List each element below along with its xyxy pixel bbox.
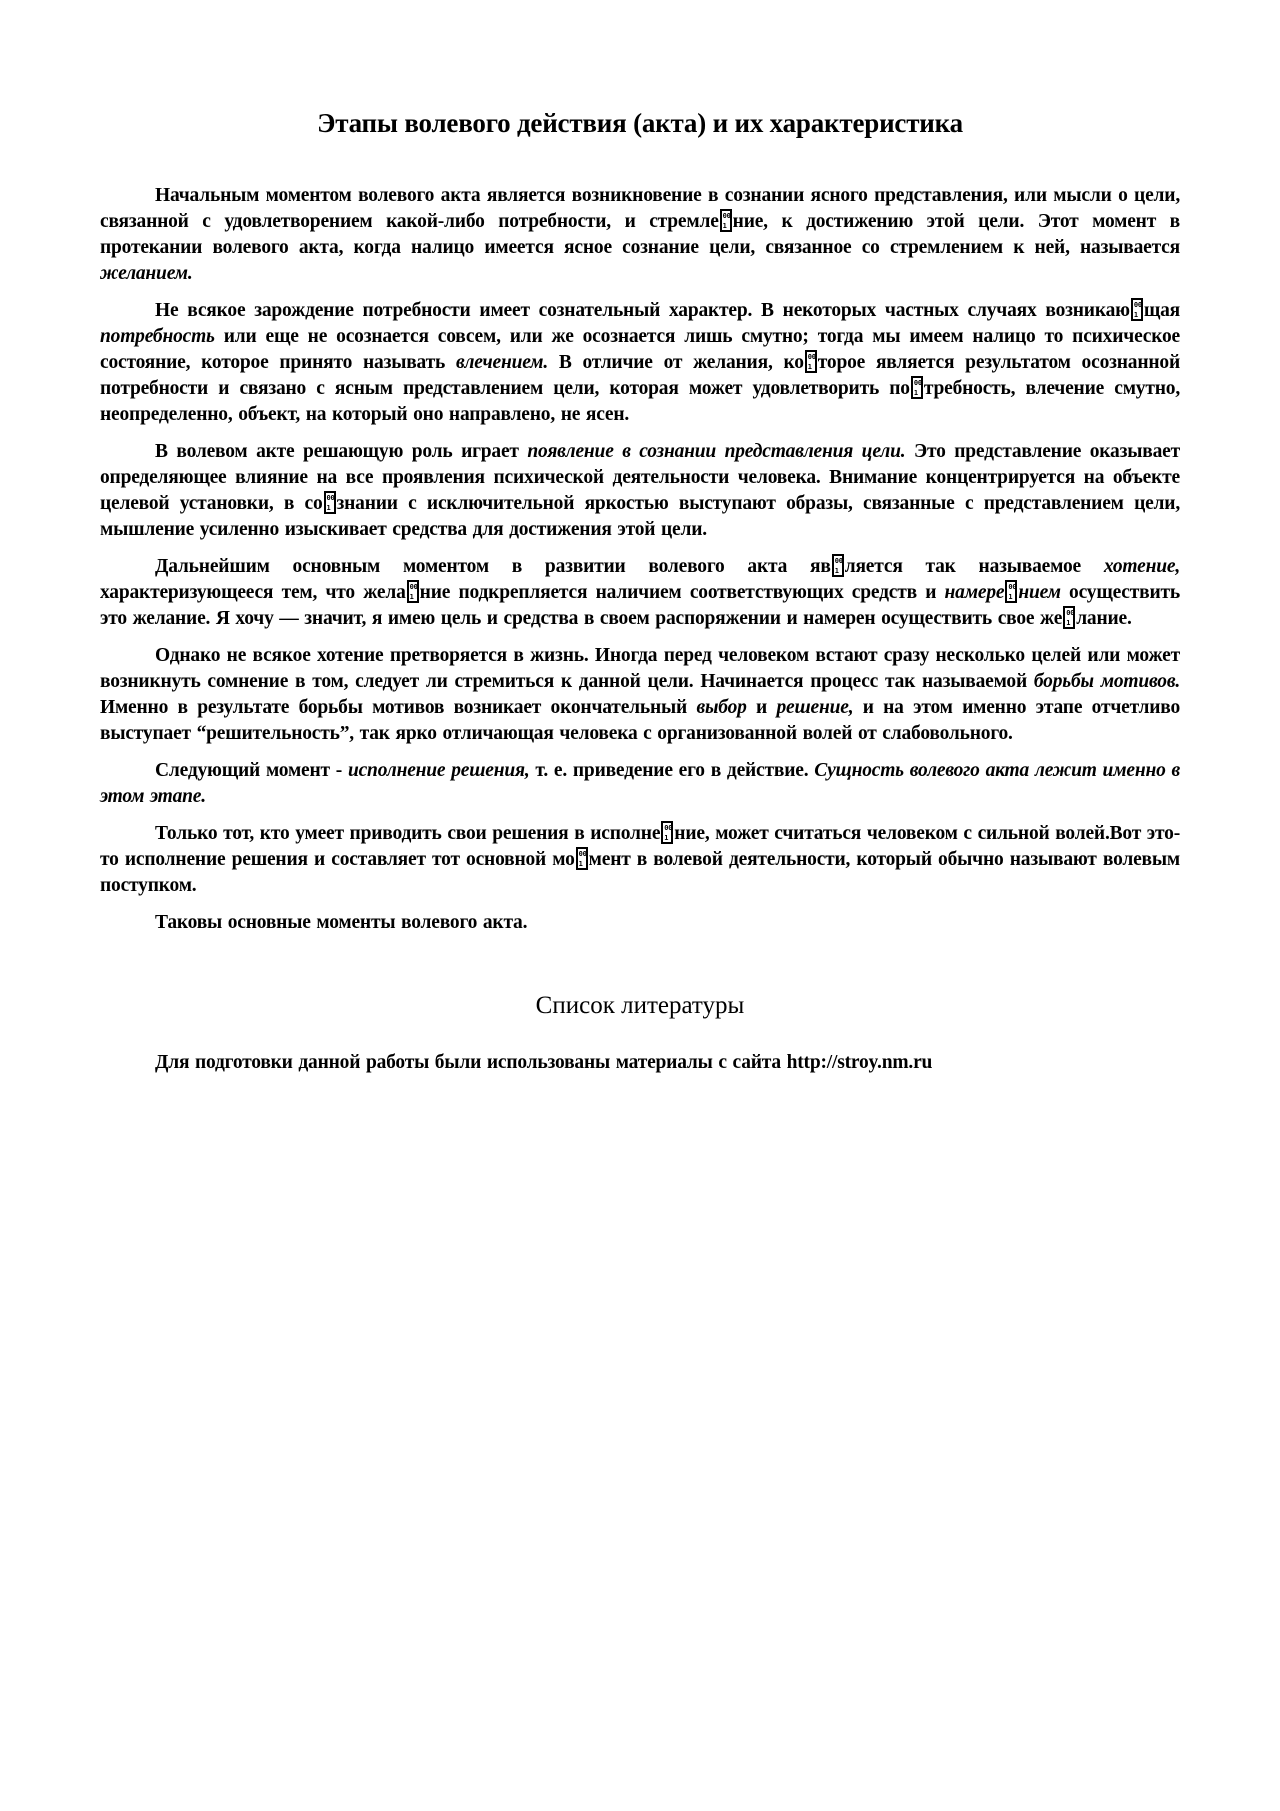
paragraph: Таковы основные моменты волевого акта.	[100, 910, 1180, 936]
paragraph: В волевом акте решающую роль играет появ…	[100, 439, 1180, 543]
bibliography-heading: Список литературы	[100, 992, 1180, 1020]
emphasized-text: влечением.	[456, 352, 548, 373]
emphasized-text: нием	[1018, 582, 1060, 603]
paragraph: Не всякое зарождение потребности имеет с…	[100, 298, 1180, 428]
missing-glyph-box: 001	[1005, 580, 1017, 603]
emphasized-text: появление в сознании представления цели.	[527, 441, 905, 462]
body-text: ляется так называемое	[845, 556, 1104, 577]
paragraph: Дальнейшим основным моментом в развитии …	[100, 554, 1180, 632]
missing-glyph-box: 001	[661, 821, 673, 844]
missing-glyph-box: 001	[324, 491, 336, 514]
body-text: характеризующееся тем, что жела	[100, 582, 406, 603]
paragraph: Однако не всякое хотение претворяется в …	[100, 643, 1180, 747]
missing-glyph-box: 001	[1131, 298, 1143, 321]
body-text: щая	[1144, 300, 1180, 321]
document-title: Этапы волевого действия (акта) и их хара…	[100, 108, 1180, 139]
missing-glyph-box: 001	[911, 376, 923, 399]
body-text: и	[747, 697, 777, 718]
body-text: В отличие от желания, ко	[548, 352, 804, 373]
missing-glyph-box: 001	[805, 350, 817, 373]
paragraph: Только тот, кто умеет приводить свои реш…	[100, 821, 1180, 899]
missing-glyph-box: 001	[407, 580, 419, 603]
body-text: Следующий момент -	[155, 760, 348, 781]
document-page: Этапы волевого действия (акта) и их хара…	[0, 0, 1280, 1811]
body-text: лание.	[1076, 608, 1132, 629]
body-text: ние подкрепляется наличием соответствующ…	[420, 582, 945, 603]
missing-glyph-box: 001	[720, 209, 732, 232]
body-text: Однако не всякое хотение претворяется в …	[100, 645, 1180, 692]
emphasized-text: исполнение решения,	[348, 760, 530, 781]
body-text: Дальнейшим основным моментом в развитии …	[155, 556, 831, 577]
paragraph: Следующий момент - исполнение решения, т…	[100, 758, 1180, 810]
emphasized-text: борьбы мотивов.	[1034, 671, 1180, 692]
body-text: Для подготовки данной работы были исполь…	[155, 1052, 932, 1073]
emphasized-text: хотение,	[1104, 556, 1180, 577]
body-text: Не всякое зарождение потребности имеет с…	[155, 300, 1130, 321]
body-text: Именно в результате борьбы мотивов возни…	[100, 697, 696, 718]
missing-glyph-box: 001	[832, 554, 844, 577]
emphasized-text: намере	[945, 582, 1005, 603]
body-text: Только тот, кто умеет приводить свои реш…	[155, 823, 660, 844]
emphasized-text: желанием.	[100, 263, 193, 284]
body-text: Таковы основные моменты волевого акта.	[155, 912, 527, 933]
bibliography-body: Для подготовки данной работы были исполь…	[100, 1050, 1180, 1076]
emphasized-text: потребность	[100, 326, 215, 347]
emphasized-text: решение,	[776, 697, 853, 718]
missing-glyph-box: 001	[1063, 606, 1075, 629]
body-text: В волевом акте решающую роль играет	[155, 441, 527, 462]
body-text: т. е. приведение его в действие.	[530, 760, 815, 781]
document-body: Начальным моментом волевого акта являетс…	[100, 183, 1180, 936]
emphasized-text: выбор	[696, 697, 746, 718]
paragraph: Начальным моментом волевого акта являетс…	[100, 183, 1180, 287]
paragraph: Для подготовки данной работы были исполь…	[100, 1050, 1180, 1076]
missing-glyph-box: 001	[576, 847, 588, 870]
